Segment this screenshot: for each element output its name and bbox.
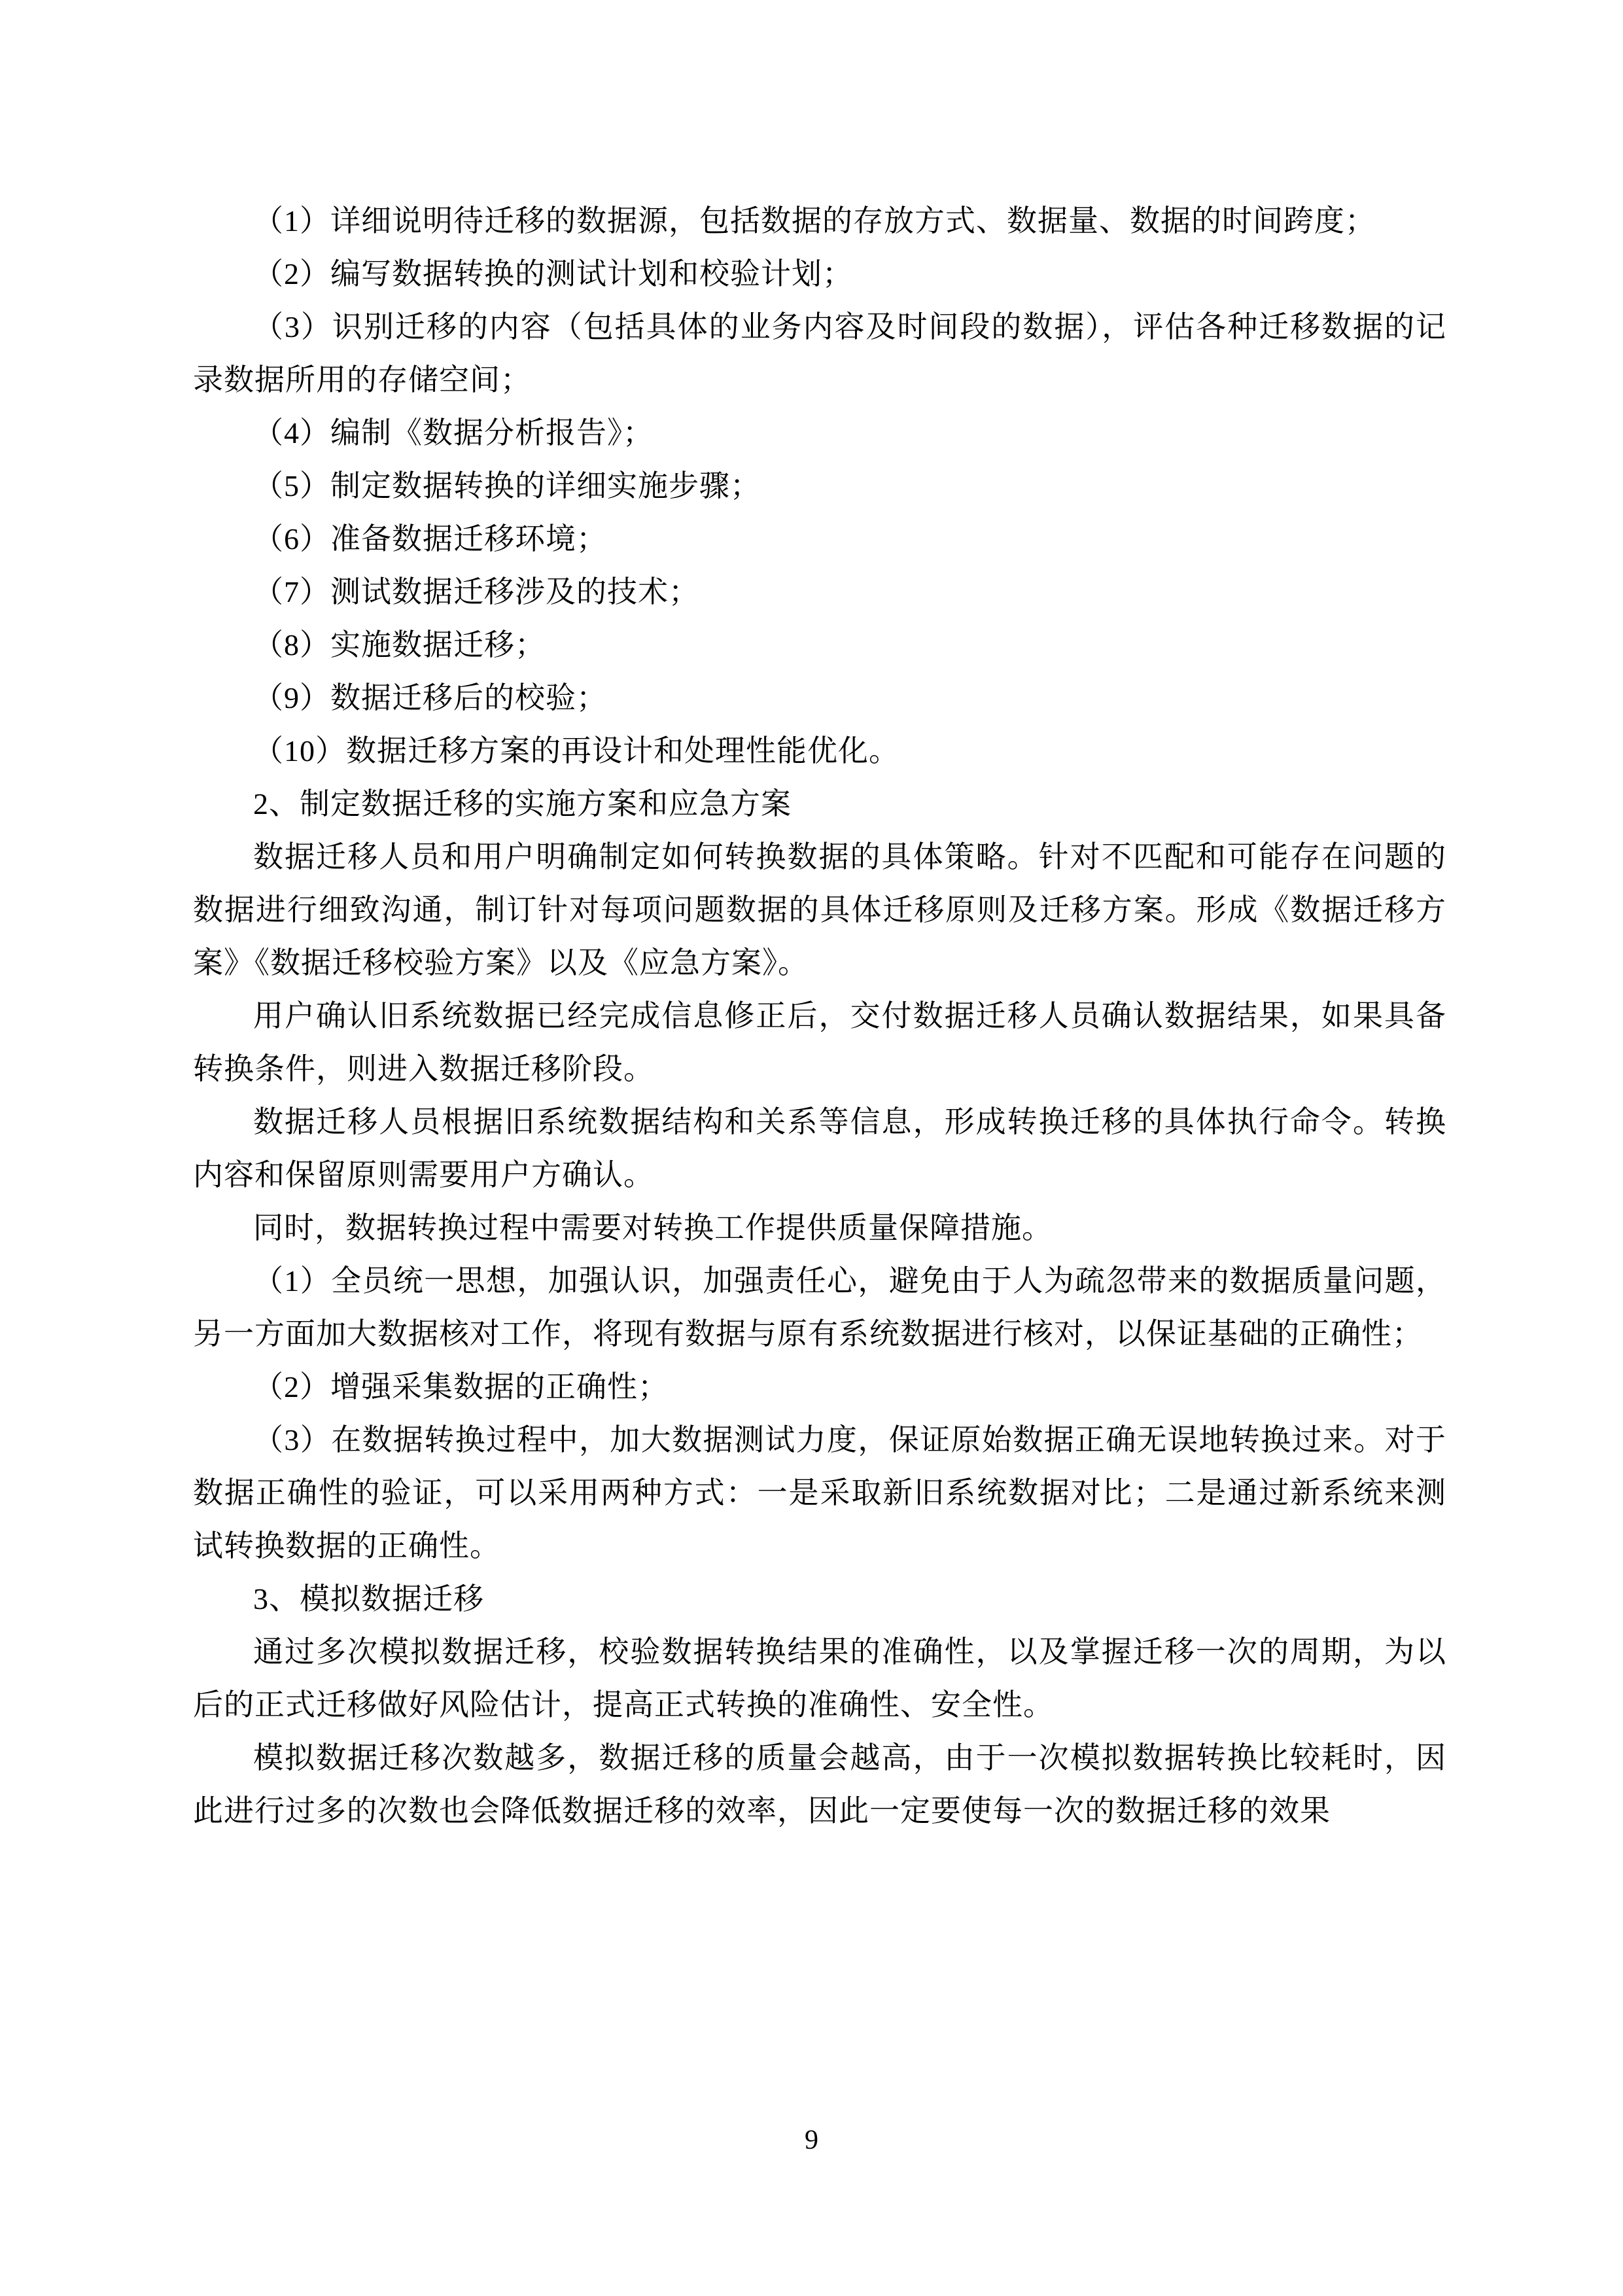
sublist-item-1: （1）全员统一思想，加强认识，加强责任心，避免由于人为疏忽带来的数据质量问题，另… (193, 1254, 1446, 1360)
document-body: （1）详细说明待迁移的数据源，包括数据的存放方式、数据量、数据的时间跨度； （2… (193, 194, 1446, 1837)
paragraph: 用户确认旧系统数据已经完成信息修正后，交付数据迁移人员确认数据结果，如果具备转换… (193, 989, 1446, 1095)
list-item-3: （3）识别迁移的内容（包括具体的业务内容及时间段的数据），评估各种迁移数据的记录… (193, 300, 1446, 406)
document-page: （1）详细说明待迁移的数据源，包括数据的存放方式、数据量、数据的时间跨度； （2… (0, 0, 1623, 2296)
page-number: 9 (805, 2125, 818, 2155)
paragraph: 通过多次模拟数据迁移，校验数据转换结果的准确性，以及掌握迁移一次的周期，为以后的… (193, 1625, 1446, 1731)
list-item-5: （5）制定数据转换的详细实施步骤； (193, 459, 1446, 512)
list-item-2: （2）编写数据转换的测试计划和校验计划； (193, 247, 1446, 300)
section-heading-3: 3、模拟数据迁移 (193, 1572, 1446, 1625)
paragraph: 数据迁移人员和用户明确制定如何转换数据的具体策略。针对不匹配和可能存在问题的数据… (193, 830, 1446, 989)
list-item-6: （6）准备数据迁移环境； (193, 512, 1446, 565)
list-item-1: （1）详细说明待迁移的数据源，包括数据的存放方式、数据量、数据的时间跨度； (193, 194, 1446, 247)
section-heading-2: 2、制定数据迁移的实施方案和应急方案 (193, 777, 1446, 830)
list-item-9: （9）数据迁移后的校验； (193, 671, 1446, 724)
list-item-8: （8）实施数据迁移； (193, 618, 1446, 671)
sublist-item-2: （2）增强采集数据的正确性； (193, 1360, 1446, 1413)
list-item-7: （7）测试数据迁移涉及的技术； (193, 565, 1446, 618)
list-item-10: （10）数据迁移方案的再设计和处理性能优化。 (193, 724, 1446, 777)
sublist-item-3: （3）在数据转换过程中，加大数据测试力度，保证原始数据正确无误地转换过来。对于数… (193, 1413, 1446, 1572)
paragraph: 数据迁移人员根据旧系统数据结构和关系等信息，形成转换迁移的具体执行命令。转换内容… (193, 1095, 1446, 1201)
list-item-4: （4）编制《数据分析报告》； (193, 406, 1446, 459)
page-footer: 9 (0, 2124, 1623, 2157)
paragraph: 模拟数据迁移次数越多，数据迁移的质量会越高，由于一次模拟数据转换比较耗时，因此进… (193, 1731, 1446, 1837)
paragraph: 同时，数据转换过程中需要对转换工作提供质量保障措施。 (193, 1201, 1446, 1254)
